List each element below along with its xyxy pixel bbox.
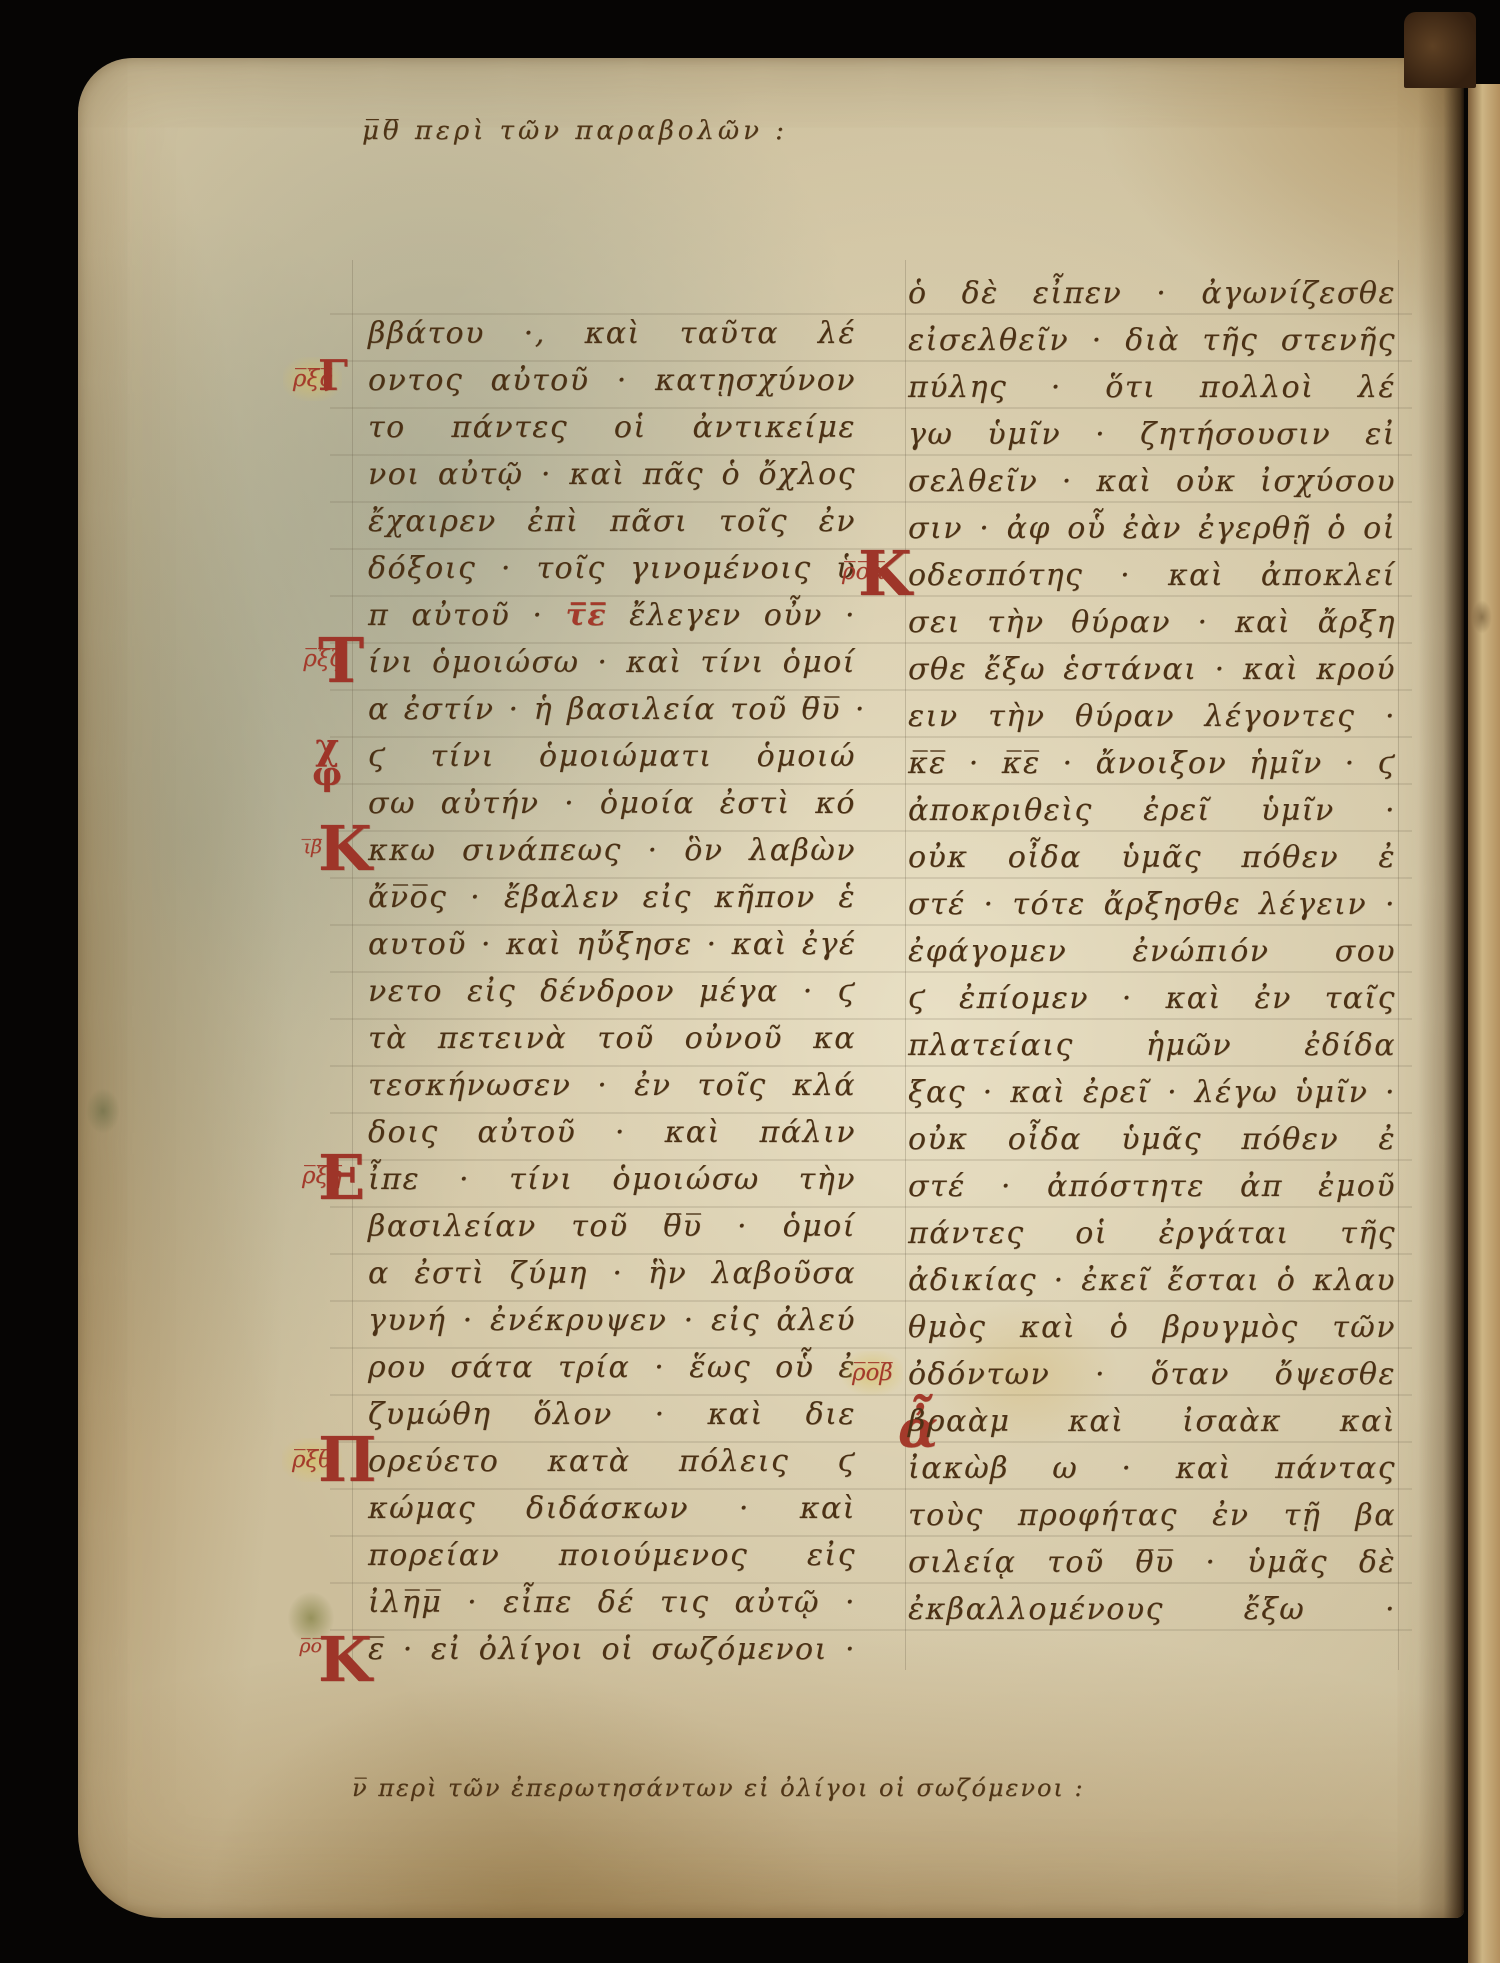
manuscript-line: σιν · ἀφ οὗ ἐὰν ἐγερθῇ ὁ οἰ xyxy=(908,505,1396,552)
ruling-vertical-line xyxy=(1398,260,1399,1670)
manuscript-photo: μ̅θ̅ περὶ τῶν παραβολῶν : ρ̅ξ̅ς̅ρ̅ξ̅ζ̅χφ… xyxy=(0,0,1500,1963)
manuscript-line: ἄν̅ο̅ς · ἔβαλεν εἰς κῆπον ἑ xyxy=(368,874,856,921)
manuscript-line: αυτοῦ · καὶ ηὔξησε · καὶ ἐγέ xyxy=(368,921,856,968)
rubricated-initial: Γ xyxy=(318,355,349,397)
manuscript-line: βασιλείαν τοῦ θ̅υ̅ · ὁμοί xyxy=(368,1203,856,1250)
manuscript-line: νοι αὐτῷ · καὶ πᾶς ὁ ὄχλος xyxy=(368,451,856,498)
manuscript-line: ἰλη̅μ̅ · εἶπε δέ τις αὐτῷ · xyxy=(368,1579,856,1626)
manuscript-line: ϛ τίνι ὁμοιώματι ὁμοιώ xyxy=(368,733,856,780)
manuscript-line: νετο εἰς δένδρον μέγα · ϛ xyxy=(368,968,856,1015)
manuscript-line: βραὰμ καὶ ἰσαὰκ καὶ xyxy=(908,1398,1396,1445)
rubricated-initial: Τ xyxy=(318,631,366,691)
text-column-left: ββάτου ·, καὶ ταῦτα λέΓοντος αὐτοῦ · κατ… xyxy=(368,310,856,1673)
manuscript-line: ρου σάτα τρία · ἕως οὗ ἐ xyxy=(368,1344,856,1391)
facing-page-edge xyxy=(1468,84,1500,1963)
rubricated-initial: Π xyxy=(318,1430,378,1490)
binding-gutter-shadow xyxy=(1418,58,1464,1918)
manuscript-line: πύλης · ὅτι πολλοὶ λέ xyxy=(908,364,1396,411)
telos-marker: τ̅ε̅ xyxy=(566,598,607,633)
manuscript-line: τεσκήνωσεν · ἐν τοῖς κλά xyxy=(368,1062,856,1109)
rubricated-initial: Κ xyxy=(318,1630,373,1690)
rubricated-initial: Κ xyxy=(858,544,913,604)
manuscript-line: π αὐτοῦ · τ̅ε̅ ἔλεγεν οὖν · xyxy=(368,592,856,639)
manuscript-line: σθε ἔξω ἑστάναι · καὶ κρού xyxy=(908,646,1396,693)
manuscript-line: ἀποκριθεὶς ἐρεῖ ὑμῖν · xyxy=(908,787,1396,834)
manuscript-line: α ἐστίν · ἡ βασιλεία τοῦ θ̅υ̅ · xyxy=(368,686,856,733)
manuscript-line: Τίνι ὁμοιώσω · καὶ τίνι ὁμοί xyxy=(368,639,856,686)
manuscript-line: σω αὐτήν · ὁμοία ἐστὶ κό xyxy=(368,780,856,827)
manuscript-line: ἐφάγομεν ἐνώπιόν σου xyxy=(908,928,1396,975)
manuscript-line: ϛ ἐπίομεν · καὶ ἐν ταῖς xyxy=(908,975,1396,1022)
manuscript-line: οὐκ οἶδα ὑμᾶς πόθεν ἐ xyxy=(908,1116,1396,1163)
manuscript-line: πάντες οἱ ἐργάται τῆς xyxy=(908,1210,1396,1257)
manuscript-line: εἰσελθεῖν · διὰ τῆς στενῆς xyxy=(908,317,1396,364)
manuscript-line: Γοντος αὐτοῦ · κατῃσχύνον xyxy=(368,357,856,404)
manuscript-line: ζυμώθη ὅλον · καὶ διε xyxy=(368,1391,856,1438)
manuscript-line: ἔχαιρεν ἐπὶ πᾶσι τοῖς ἐν xyxy=(368,498,856,545)
rubricated-initial: Ε xyxy=(318,1148,367,1208)
manuscript-line: γυνή · ἐνέκρυψεν · εἰς ἀλεύ xyxy=(368,1297,856,1344)
text-column-right: ὁ δὲ εἶπεν · ἀγωνίζεσθεεἰσελθεῖν · διὰ τ… xyxy=(908,270,1396,1633)
manuscript-line: ξας · καὶ ἐρεῖ · λέγω ὑμῖν · xyxy=(908,1069,1396,1116)
kephalaion-title-header: μ̅θ̅ περὶ τῶν παραβολῶν : xyxy=(362,116,788,146)
manuscript-line: γω ὑμῖν · ζητήσουσιν εἰ xyxy=(908,411,1396,458)
manuscript-line: Πορεύετο κατὰ πόλεις ϛ xyxy=(368,1438,856,1485)
kephalaion-title-footer: ν̅ περὶ τῶν ἐπερωτησάντων εἰ ὀλίγοι οἱ σ… xyxy=(352,1774,1085,1802)
ammonian-section-number: ρ̅ο̅β̅ xyxy=(842,1351,903,1395)
manuscript-line: Κκκω σινάπεως · ὃν λαβὼν xyxy=(368,827,856,874)
manuscript-line: δόξοις · τοῖς γινομένοις ὑ xyxy=(368,545,856,592)
manuscript-line: οὐκ οἶδα ὑμᾶς πόθεν ἐ xyxy=(908,834,1396,881)
manuscript-line: σιλείᾳ τοῦ θ̅υ̅ · ὑμᾶς δὲ xyxy=(908,1539,1396,1586)
manuscript-line: ἀδικίας · ἐκεῖ ἔσται ὁ κλαυ xyxy=(908,1257,1396,1304)
manuscript-line: δοις αὐτοῦ · καὶ πάλιν xyxy=(368,1109,856,1156)
manuscript-line: τοὺς προφήτας ἐν τῇ βα xyxy=(908,1492,1396,1539)
manuscript-line: α ἐστὶ ζύμη · ἣν λαβοῦσα xyxy=(368,1250,856,1297)
manuscript-line: πλατείαις ἡμῶν ἐδίδα xyxy=(908,1022,1396,1069)
manuscript-line: κώμας διδάσκων · καὶ xyxy=(368,1485,856,1532)
manuscript-line: το πάντες οἱ ἀντικείμε xyxy=(368,404,856,451)
manuscript-line: Εἶπε · τίνι ὁμοιώσω τὴν xyxy=(368,1156,856,1203)
manuscript-line: Κε̅ · εἰ ὀλίγοι οἱ σωζόμενοι · xyxy=(368,1626,856,1673)
manuscript-line: Κοδεσπότης · καὶ ἀποκλεί xyxy=(908,552,1396,599)
manuscript-line: πορείαν ποιούμενος εἰς xyxy=(368,1532,856,1579)
binding-leather xyxy=(1404,12,1476,88)
manuscript-line: ἐκβαλλομένους ἔξω · xyxy=(908,1586,1396,1633)
manuscript-line: σει τὴν θύραν · καὶ ἄρξη xyxy=(908,599,1396,646)
manuscript-line: ἰακὼβ ω · καὶ πάντας xyxy=(908,1445,1396,1492)
manuscript-line: ὀδόντων · ὅταν ὄψεσθε xyxy=(908,1351,1396,1398)
manuscript-line: τὰ πετεινὰ τοῦ οὐνοῦ κα xyxy=(368,1015,856,1062)
zetei-monogram: χφ xyxy=(312,733,342,787)
rubricated-initial: Κ xyxy=(318,819,373,879)
manuscript-line: ὁ δὲ εἶπεν · ἀγωνίζεσθε xyxy=(908,270,1396,317)
manuscript-line: θμὸς καὶ ὁ βρυγμὸς τῶν xyxy=(908,1304,1396,1351)
manuscript-line: στέ · ἀπόστητε ἀπ ἐμοῦ xyxy=(908,1163,1396,1210)
manuscript-line: ββάτου ·, καὶ ταῦτα λέ xyxy=(368,310,856,357)
manuscript-line: κ̅ε̅ · κ̅ε̅ · ἄνοιξον ἡμῖν · ϛ xyxy=(908,740,1396,787)
manuscript-line: σελθεῖν · καὶ οὐκ ἰσχύσου xyxy=(908,458,1396,505)
manuscript-line: ειν τὴν θύραν λέγοντες · xyxy=(908,693,1396,740)
manuscript-line: στέ · τότε ἄρξησθε λέγειν · xyxy=(908,881,1396,928)
